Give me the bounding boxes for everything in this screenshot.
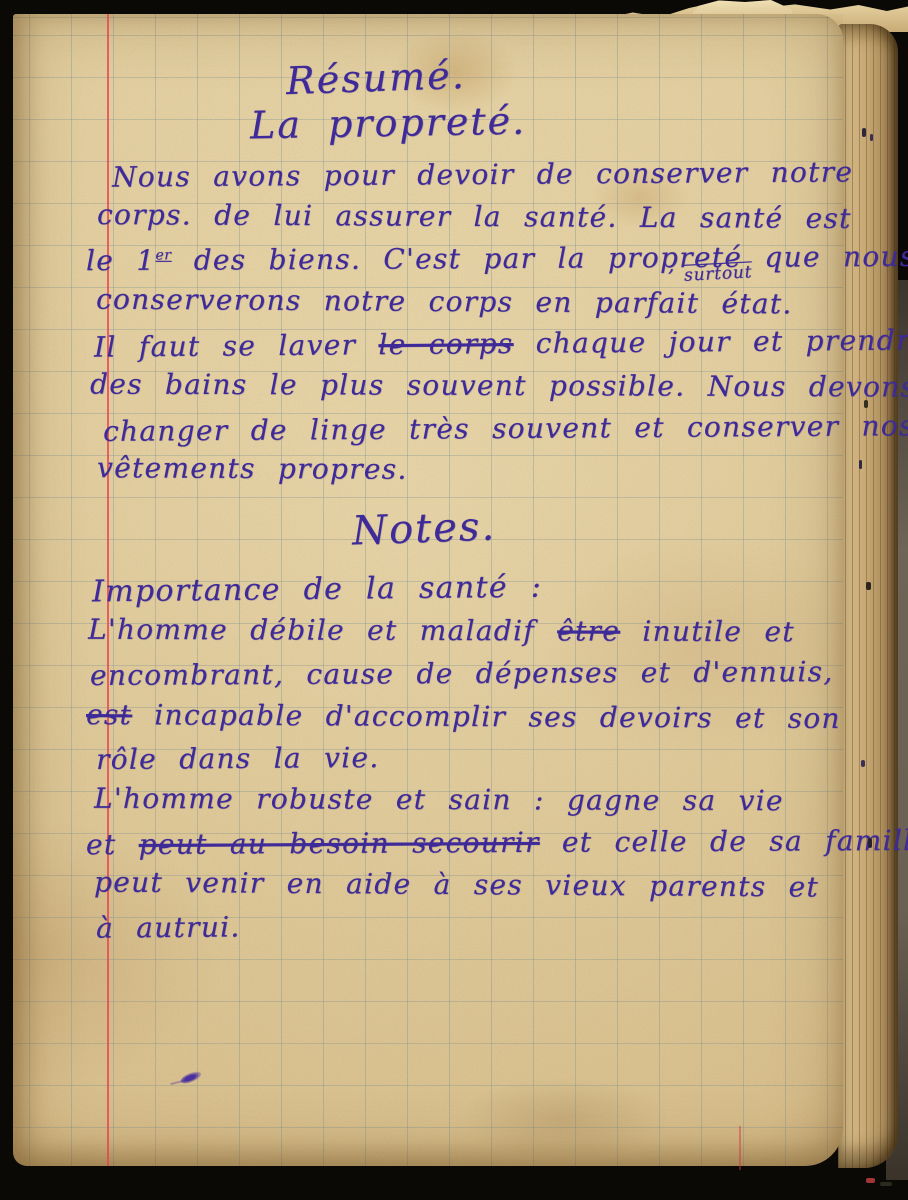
struck-text: le corps xyxy=(378,327,513,361)
line-text: vêtements propres. xyxy=(97,451,408,486)
line-text: corps. de lui assurer la santé. La santé… xyxy=(97,198,852,235)
line-text: L'homme débile et maladif xyxy=(88,613,557,648)
handwritten-line: encombrant, cause de dépenses et d'ennui… xyxy=(90,655,834,692)
line-text: le 1 xyxy=(86,244,156,277)
ink-speck xyxy=(862,128,866,137)
line-text: inutile et xyxy=(620,615,795,649)
line-text: Importance de la santé : xyxy=(92,570,542,610)
handwritten-line: à autrui. xyxy=(96,910,241,944)
struck-text: être xyxy=(557,614,620,647)
line-text: rôle dans la vie. xyxy=(96,741,380,776)
page-title: Résumé. xyxy=(285,53,466,103)
line-text: chaque jour et prendre xyxy=(513,323,908,360)
line-text: et xyxy=(86,828,139,861)
ink-speck xyxy=(868,838,872,848)
handwritten-line: est incapable d'accomplir ses devoirs et… xyxy=(86,698,841,735)
handwritten-line: Il faut se laver le corps chaque jour et… xyxy=(94,323,908,363)
line-text: encombrant, cause de dépenses et d'ennui… xyxy=(90,655,834,692)
handwritten-line: conserverons notre corps en parfait état… xyxy=(96,283,793,321)
line-text: à autrui. xyxy=(96,910,241,944)
red-margin-line-showthrough xyxy=(739,1126,741,1170)
handwritten-line: L'homme robuste et sain : gagne sa vie xyxy=(94,782,784,817)
insertion-caret: , xyxy=(668,252,676,276)
subtitle-text: La propreté. xyxy=(250,99,527,148)
section-heading-text: Notes. xyxy=(351,503,497,554)
red-speck xyxy=(866,1178,875,1183)
stacked-page-edges xyxy=(838,24,898,1168)
ink-speck xyxy=(859,460,862,469)
notebook-photo: Résumé. La propreté. Nous avons pour dev… xyxy=(0,0,908,1200)
struck-text: peut au besoin secourir xyxy=(139,826,540,861)
handwritten-line: corps. de lui assurer la santé. La santé… xyxy=(97,198,852,235)
struck-text: est xyxy=(86,698,132,731)
handwritten-line: Nous avons pour devoir de conserver notr… xyxy=(112,155,853,193)
handwritten-line: vêtements propres. xyxy=(97,451,408,486)
line-text: L'homme robuste et sain : gagne sa vie xyxy=(94,782,784,817)
line-text: Il faut se laver xyxy=(94,328,379,363)
handwritten-line: peut venir en aide à ses vieux parents e… xyxy=(94,865,819,903)
caret-text: , xyxy=(668,252,676,276)
line-text: changer de linge très souvent et conserv… xyxy=(103,409,908,448)
handwritten-line: Importance de la santé : xyxy=(92,570,542,610)
ink-speck xyxy=(866,582,871,590)
handwritten-line: des bains le plus souvent possible. Nous… xyxy=(90,368,908,404)
ordinal-superscript: er xyxy=(155,247,171,263)
line-text: Nous avons pour devoir de conserver notr… xyxy=(112,155,853,193)
line-text: des biens. C'est par la propreté que nou… xyxy=(171,240,908,277)
ink-speck xyxy=(864,400,868,408)
line-text: et celle de sa famille xyxy=(540,824,908,859)
handwritten-line: rôle dans la vie. xyxy=(96,741,380,776)
line-text: incapable d'accomplir ses devoirs et son xyxy=(132,698,841,735)
handwritten-line: le 1er des biens. C'est par la propreté … xyxy=(86,240,908,277)
ink-speck xyxy=(870,134,873,141)
line-text: des bains le plus souvent possible. Nous… xyxy=(90,368,908,404)
handwritten-line: changer de linge très souvent et conserv… xyxy=(103,409,908,448)
dark-speck xyxy=(880,1182,892,1186)
inserted-word-text: surtout xyxy=(684,262,753,286)
handwritten-line: et peut au besoin secourir et celle de s… xyxy=(86,824,908,861)
ink-speck xyxy=(861,760,865,767)
handwritten-line: L'homme débile et maladif être inutile e… xyxy=(88,613,795,648)
line-text: conserverons notre corps en parfait état… xyxy=(96,283,793,321)
page-subtitle: La propreté. xyxy=(250,99,527,148)
title-text: Résumé. xyxy=(285,53,466,103)
line-text: peut venir en aide à ses vieux parents e… xyxy=(94,865,819,903)
inserted-word: surtout xyxy=(684,262,753,286)
section-heading: Notes. xyxy=(351,503,497,554)
